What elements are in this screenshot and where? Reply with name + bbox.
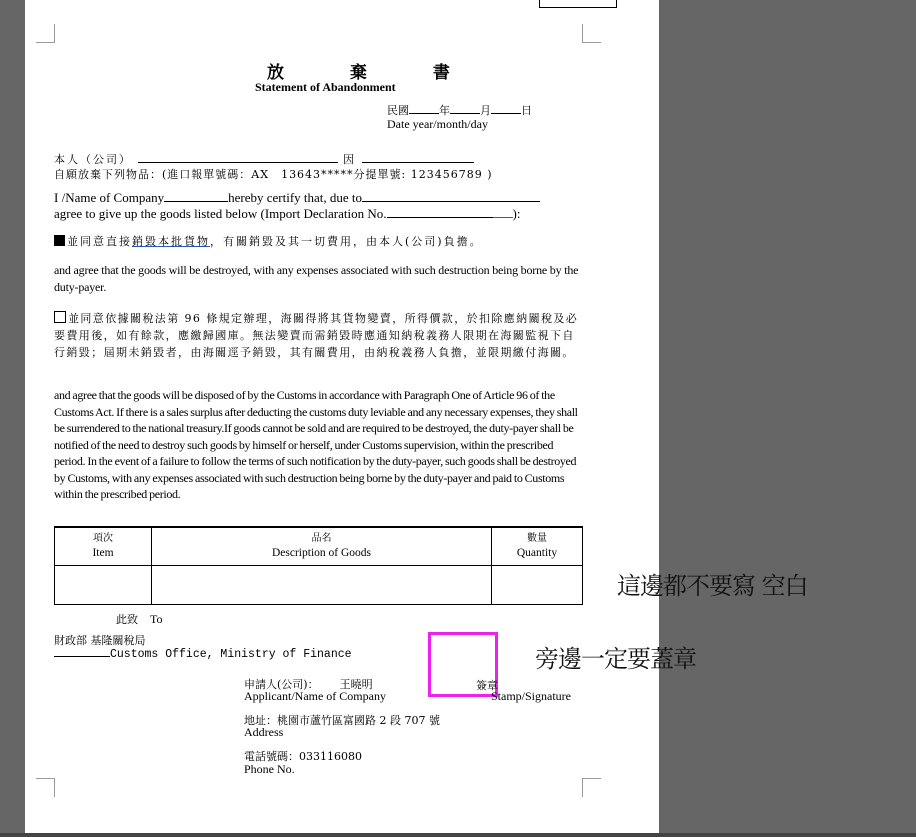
company-line: 本人（公司） 因 [54,151,474,167]
cell-quantity[interactable] [492,566,583,605]
header-box [539,0,617,8]
import-no-blank-marked [493,207,513,218]
title-english: Statement of Abandonment [255,80,396,95]
annotation-stamp-required: 旁邊一定要蓋章 [535,639,696,674]
cell-item[interactable] [55,566,152,605]
option2-zh-text: 並同意依據關稅法第 96 條規定辦理，海關得將其貨物變賣，所得價款，於扣除應納關… [54,312,578,359]
import-declaration-line: agree to give up the goods listed below … [54,206,520,222]
phone-english: Phone No. [244,762,295,777]
import-part2: ): [513,206,521,221]
because-label: 因 [343,153,356,166]
import-part1: agree to give up the goods listed below … [54,206,387,221]
header-item: 項次Item [55,527,152,566]
certify-part2: hereby certify that, due to [228,190,362,205]
office-blank[interactable] [54,646,110,657]
header-quantity: 數量Quantity [492,527,583,566]
year-label: 年 [439,104,450,117]
option1-zh-after: ，有關銷毀及其一切費用，由本人(公司)負擔。 [210,235,483,248]
day-blank[interactable] [491,103,521,114]
crop-mark-top-right [582,24,601,43]
cell-description[interactable] [152,566,492,605]
window-bottom-edge [0,833,916,837]
annotation-table-blank: 這邊都不要寫 空白 [617,566,808,601]
option1-zh-underlined: 銷毀本批貨物 [132,235,210,248]
table-row [55,566,583,605]
month-label: 月 [480,104,491,117]
day-label: 日 [521,104,532,117]
address-english: Address [244,725,283,740]
company-name-en-blank[interactable] [164,191,228,202]
declaration-text: 自願放棄下列物品：(進口報單號碼：AX 13643*****分提單號: 1234… [54,168,493,181]
crop-mark-bottom-right [582,778,601,797]
stamp-label-en: Stamp/Signature [491,689,571,704]
year-blank[interactable] [409,103,439,114]
company-prefix: 本人（公司） [54,153,132,166]
office-english: Customs Office, Ministry of Finance [54,646,352,661]
crop-mark-top-left [36,24,55,43]
date-line-english: Date year/month/day [387,117,488,132]
declaration-line: 自願放棄下列物品：(進口報單號碼：AX 13643*****分提單號: 1234… [54,166,493,182]
option2-english: and agree that the goods will be dispose… [54,387,584,503]
option2-chinese: 並同意依據關稅法第 96 條規定辦理，海關得將其貨物變賣，所得價款，於扣除應納關… [54,310,586,361]
to-line: 此致 To [116,611,163,627]
crop-mark-bottom-left [36,778,55,797]
date-prefix: 民國 [387,104,409,117]
certify-line: I /Name of Companyhereby certify that, d… [54,190,540,206]
month-blank[interactable] [450,103,480,114]
header-description: 品名Description of Goods [152,527,492,566]
reason-en-blank[interactable] [362,191,540,202]
option1-checkbox[interactable] [54,235,65,246]
option1-english: and agree that the goods will be destroy… [54,262,584,295]
certify-part1: I /Name of Company [54,190,164,205]
goods-table: 項次Item 品名Description of Goods 數量Quantity [54,526,583,605]
import-no-blank[interactable] [387,207,493,218]
goods-table-header: 項次Item 品名Description of Goods 數量Quantity [55,527,583,566]
to-en: To [150,612,163,626]
applicant-label-en: Applicant/Name of Company [244,689,386,704]
option2-checkbox[interactable] [54,311,66,323]
reason-blank[interactable] [362,152,474,163]
company-name-blank[interactable] [138,152,338,163]
to-zh: 此致 [116,613,138,626]
option1-zh-before: 並同意直接 [67,235,132,248]
date-line-chinese: 民國年月日 [387,102,532,118]
option1-chinese: 並同意直接銷毀本批貨物，有關銷毀及其一切費用，由本人(公司)負擔。 [54,233,483,249]
